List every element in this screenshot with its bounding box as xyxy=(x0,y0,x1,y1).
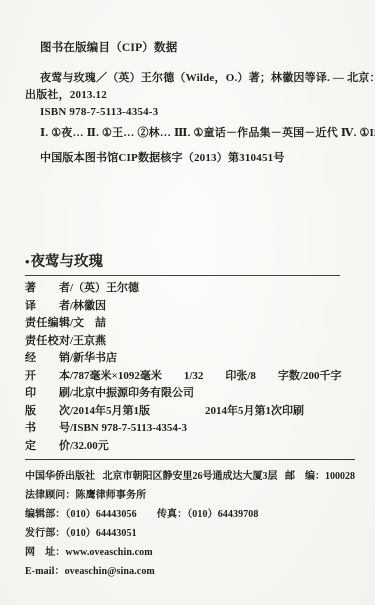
colophon-row-label: 经 销 xyxy=(25,350,70,368)
colophon-row-label: 印 刷 xyxy=(25,385,70,403)
colophon-row-value: /林徽因 xyxy=(70,298,106,316)
colophon-row-label: 著 者 xyxy=(25,280,70,298)
colophon-row: 定 价 /32.00元 xyxy=(25,438,355,456)
colophon-row-label: 译 者 xyxy=(25,298,70,316)
colophon-row: 责任校对 /王京燕 xyxy=(25,333,355,351)
publisher-address: 北京市朝阳区静安里26号通成达大厦3层 xyxy=(103,467,278,486)
colophon-row: 书 号 /ISBN 978-7-5113-4354-3 xyxy=(25,420,355,438)
colophon-row: 印 刷 /北京中振源印务有限公司 xyxy=(25,385,355,403)
cip-block: 图书在版编目（CIP）数据 夜莺与玫瑰／（英）王尔德（Wilde，O.）著；林徽… xyxy=(25,40,355,167)
colophon-row: 经 销 /新华书店 xyxy=(25,350,355,368)
colophon-rows: 著 者 /（英）王尔德 译 者 /林徽因 责任编辑 /文 喆 责任校对 /王京燕… xyxy=(25,280,355,455)
colophon-row-value: /新华书店 xyxy=(70,350,117,368)
colophon-row-value: /（英）王尔德 xyxy=(70,280,139,298)
footer-line: 法律顾问：陈鹰律师事务所 xyxy=(25,486,355,505)
colophon-row-label: 定 价 xyxy=(25,438,70,456)
colophon-row: 译 者 /林徽因 xyxy=(25,298,355,316)
bullet-icon: • xyxy=(25,252,30,272)
footer-line: 网 址：www.oveaschin.com xyxy=(25,543,355,562)
colophon-row-label: 责任校对 xyxy=(25,333,70,351)
colophon-row-value: /32.00元 xyxy=(70,438,109,456)
publisher-footer: 中国华侨出版社 北京市朝阳区静安里26号通成达大厦3层 邮 编：100028 法… xyxy=(25,467,355,581)
colophon-row-value: /王京燕 xyxy=(70,333,106,351)
colophon-row-value: /北京中振源印务有限公司 xyxy=(70,385,194,403)
colophon-row-label: 版 次 xyxy=(25,403,70,421)
colophon-row: 责任编辑 /文 喆 xyxy=(25,315,355,333)
cip-classification-line: Ⅰ. ①夜… Ⅱ. ①王… ②林… Ⅲ. ①童话－作品集－英国－近代 Ⅳ. ①I… xyxy=(25,125,355,142)
colophon-row-value: /ISBN 978-7-5113-4354-3 xyxy=(70,420,187,438)
book-title-heading: • 夜莺与玫瑰 xyxy=(25,252,340,276)
footer-line: 发行部：（010）64443051 xyxy=(25,524,355,543)
footer-line: 编辑部：（010）64443056 传真：（010）64439708 xyxy=(25,505,355,524)
cip-record-number-line: 中国版本图书馆CIP数据核字（2013）第310451号 xyxy=(25,150,355,167)
publisher-line: 中国华侨出版社 北京市朝阳区静安里26号通成达大厦3层 邮 编：100028 xyxy=(25,467,355,486)
publisher-name: 中国华侨出版社 xyxy=(25,467,95,486)
colophon-row: 开 本 /787毫米×1092毫米 1/32 印张/8 字数/200千字 xyxy=(25,368,355,386)
cip-record-line-1: 夜莺与玫瑰／（英）王尔德（Wilde，O.）著；林徽因等译. — 北京：中国华侨 xyxy=(25,70,355,87)
colophon-row: 版 次 /2014年5月第1版 2014年5月第1次印刷 xyxy=(25,403,355,421)
footer-divider xyxy=(25,459,355,460)
colophon-row-value: /2014年5月第1版 2014年5月第1次印刷 xyxy=(70,403,304,421)
footer-lines: 法律顾问：陈鹰律师事务所 编辑部：（010）64443056 传真：（010）6… xyxy=(25,486,355,581)
cip-record-line-2: 出版社，2013.12 xyxy=(25,87,355,104)
colophon-row-value: /文 喆 xyxy=(70,315,106,333)
colophon-row-value: /787毫米×1092毫米 1/32 印张/8 字数/200千字 xyxy=(70,368,342,386)
colophon-row-label: 书 号 xyxy=(25,420,70,438)
colophon-row: 著 者 /（英）王尔德 xyxy=(25,280,355,298)
footer-line: E-mail：oveaschin@sina.com xyxy=(25,562,355,581)
colophon-row-label: 责任编辑 xyxy=(25,315,70,333)
copyright-page: 图书在版编目（CIP）数据 夜莺与玫瑰／（英）王尔德（Wilde，O.）著；林徽… xyxy=(0,0,375,605)
cip-isbn-line: ISBN 978-7-5113-4354-3 xyxy=(25,104,355,121)
cip-heading: 图书在版编目（CIP）数据 xyxy=(25,40,355,57)
publisher-postcode: 邮 编：100028 xyxy=(285,467,355,486)
colophon-row-label: 开 本 xyxy=(25,368,70,386)
book-title: 夜莺与玫瑰 xyxy=(31,252,104,272)
